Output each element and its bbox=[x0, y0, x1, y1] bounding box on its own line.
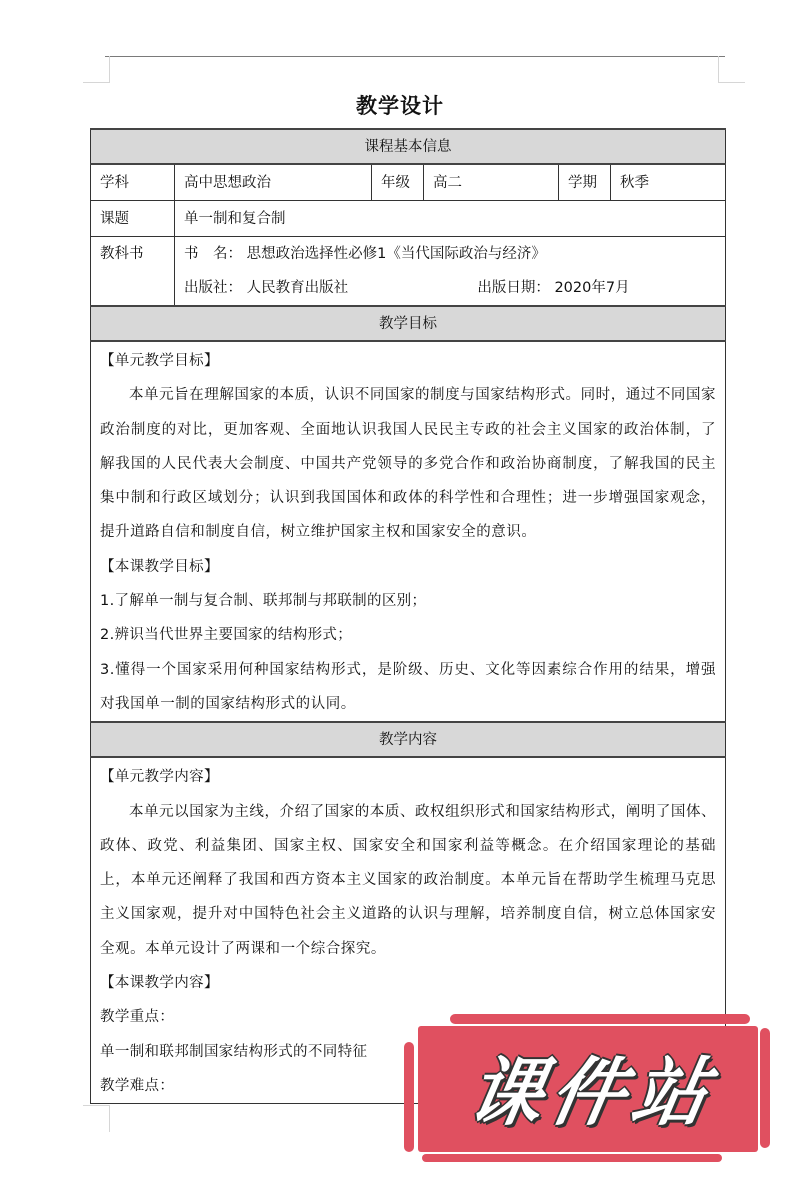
section-header-basic-info: 课程基本信息 bbox=[91, 129, 726, 164]
publication-date-label: 出版日期： bbox=[477, 280, 550, 296]
unit-objectives-heading: 【单元教学目标】 bbox=[100, 344, 716, 378]
watermark-text: 课件站 bbox=[434, 1048, 750, 1138]
crop-mark-bottom-left bbox=[83, 1105, 110, 1132]
topic-label: 课题 bbox=[91, 201, 175, 237]
textbook-details: 书 名： 思想政治选择性必修1《当代国际政治与经济》 出版社： 人民教育出版社 … bbox=[175, 237, 726, 307]
topic-value: 单一制和复合制 bbox=[175, 201, 726, 237]
lesson-content-heading: 【本课教学内容】 bbox=[100, 966, 716, 1000]
grade-label: 年级 bbox=[372, 164, 424, 201]
book-name-label: 书 名： bbox=[184, 246, 242, 262]
textbook-row: 教科书 书 名： 思想政治选择性必修1《当代国际政治与经济》 出版社： 人民教育… bbox=[91, 237, 726, 307]
watermark-logo: 课件站 bbox=[402, 1012, 772, 1170]
watermark-stamp-edge bbox=[422, 1154, 722, 1162]
unit-content-heading: 【单元教学内容】 bbox=[100, 760, 716, 794]
watermark-stamp-edge bbox=[404, 1042, 414, 1152]
lesson-objective-item: 2.辨识当代世界主要国家的结构形式； bbox=[100, 618, 716, 652]
publication-date-value: 2020年7月 bbox=[554, 280, 629, 296]
document-title: 教学设计 bbox=[0, 90, 800, 120]
objectives-body: 【单元教学目标】 本单元旨在理解国家的本质，认识不同国家的制度与国家结构形式。同… bbox=[91, 341, 726, 722]
section-header-content: 教学内容 bbox=[91, 722, 726, 757]
lesson-objectives-heading: 【本课教学目标】 bbox=[100, 550, 716, 584]
topic-row: 课题 单一制和复合制 bbox=[91, 201, 726, 237]
term-label: 学期 bbox=[559, 164, 611, 201]
page-header-rule bbox=[105, 56, 725, 57]
crop-mark-top-right bbox=[718, 56, 745, 83]
crop-mark-top-left bbox=[83, 56, 110, 83]
subject-value: 高中思想政治 bbox=[175, 164, 372, 201]
book-name-line: 书 名： 思想政治选择性必修1《当代国际政治与经济》 bbox=[184, 237, 716, 271]
unit-objectives-paragraph: 本单元旨在理解国家的本质，认识不同国家的制度与国家结构形式。同时，通过不同国家政… bbox=[100, 378, 716, 549]
publisher-label: 出版社： bbox=[184, 280, 242, 296]
lesson-objective-item: 3.懂得一个国家采用何种国家结构形式，是阶级、历史、文化等因素综合作用的结果，增… bbox=[100, 653, 716, 722]
publisher-line: 出版社： 人民教育出版社 出版日期： 2020年7月 bbox=[184, 271, 716, 305]
term-value: 秋季 bbox=[611, 164, 726, 201]
lesson-design-table: 课程基本信息 学科 高中思想政治 年级 高二 学期 秋季 课题 单一制和复合制 … bbox=[90, 128, 726, 1104]
grade-value: 高二 bbox=[424, 164, 559, 201]
subject-label: 学科 bbox=[91, 164, 175, 201]
unit-content-paragraph: 本单元以国家为主线，介绍了国家的本质、政权组织形式和国家结构形式，阐明了国体、政… bbox=[100, 795, 716, 966]
book-name-value: 思想政治选择性必修1《当代国际政治与经济》 bbox=[247, 246, 546, 262]
textbook-label: 教科书 bbox=[100, 237, 144, 264]
publisher-value: 人民教育出版社 bbox=[247, 280, 349, 296]
section-header-objectives: 教学目标 bbox=[91, 306, 726, 341]
subject-row: 学科 高中思想政治 年级 高二 学期 秋季 bbox=[91, 164, 726, 201]
watermark-stamp-edge bbox=[760, 1028, 770, 1148]
watermark-stamp-edge bbox=[450, 1014, 750, 1024]
lesson-objective-item: 1.了解单一制与复合制、联邦制与邦联制的区别； bbox=[100, 584, 716, 618]
